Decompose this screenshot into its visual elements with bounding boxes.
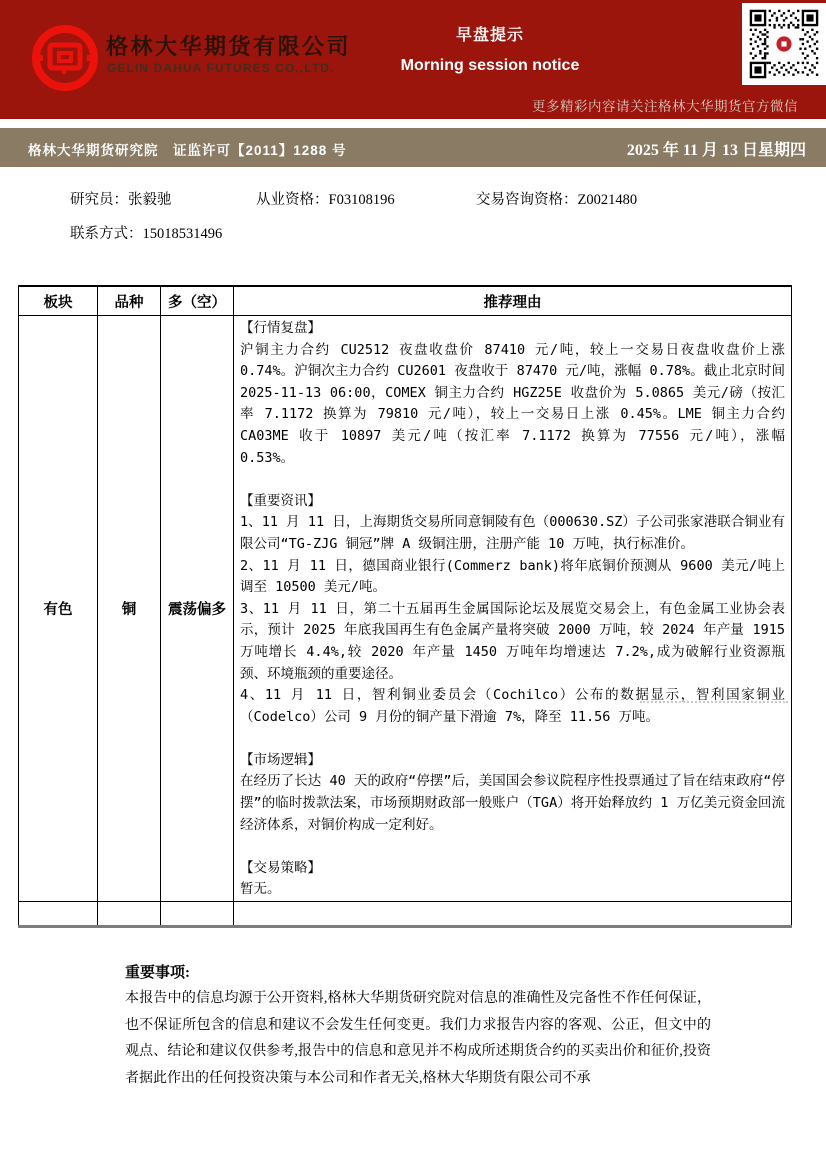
- section-title: 【重要资讯】: [240, 491, 785, 513]
- table-empty-row: [19, 902, 792, 927]
- header-sector: 板块: [19, 286, 98, 316]
- notice-title-block: 早盘提示 Morning session notice: [350, 22, 630, 75]
- header-reason: 推荐理由: [234, 286, 792, 316]
- notice-title-cn: 早盘提示: [350, 22, 630, 45]
- recommendation-content: 【行情复盘】沪铜主力合约 CU2512 夜盘收盘价 87410 元/吨，较上一交…: [234, 316, 792, 902]
- institute-license: 格林大华期货研究院 证监许可【2011】1288 号: [28, 139, 347, 159]
- section-paragraph: 4、11 月 11 日，智利铜业委员会（Cochilco）公布的数据显示，智利国…: [240, 685, 785, 728]
- header-variety: 品种: [98, 286, 161, 316]
- section-paragraph: 2、11 月 11 日，德国商业银行(Commerz bank)将年底铜价预测从…: [240, 556, 785, 599]
- table-header-row: 板块 品种 多（空） 推荐理由: [19, 286, 792, 316]
- company-name-cn: 格林大华期货有限公司: [106, 30, 351, 61]
- section-paragraph: 1、11 月 11 日，上海期货交易所同意铜陵有色（000630.SZ）子公司张…: [240, 512, 785, 555]
- cell-sector: 有色: [19, 316, 98, 902]
- section-paragraph: 暂无。: [240, 879, 785, 901]
- cell-position: 震荡偏多: [161, 316, 234, 902]
- section-title: 【行情复盘】: [240, 318, 785, 340]
- section-paragraph: 沪铜主力合约 CU2512 夜盘收盘价 87410 元/吨，较上一交易日夜盘收盘…: [240, 340, 785, 470]
- wechat-follow-note: 更多精彩内容请关注格林大华期货官方微信: [532, 95, 798, 115]
- institute-bar: 格林大华期货研究院 证监许可【2011】1288 号 2025 年 11 月 1…: [0, 128, 826, 167]
- wechat-qr-code: [742, 3, 826, 85]
- table-row: 有色 铜 震荡偏多 【行情复盘】沪铜主力合约 CU2512 夜盘收盘价 8741…: [19, 316, 792, 902]
- notice-title-en: Morning session notice: [350, 57, 630, 75]
- section-paragraph: 3、11 月 11 日，第二十五届再生金属国际论坛及展览交易会上，有色金属工业协…: [240, 599, 785, 685]
- researcher-name: 研究员：张毅驰: [70, 188, 172, 209]
- qr-pattern-icon: [745, 5, 823, 83]
- company-logo-icon: [26, 19, 104, 97]
- disclaimer-body: 本报告中的信息均源于公开资料,格林大华期货研究院对信息的准确性及完备性不作任何保…: [125, 986, 711, 1092]
- document-page: 格林大华期货有限公司 GELIN DAHUA FUTURES CO.,LTD. …: [0, 0, 826, 1169]
- header-position: 多（空）: [161, 286, 234, 316]
- report-date: 2025 年 11 月 13 日星期四: [627, 137, 806, 160]
- researcher-advisory-qualification: 交易咨询资格：Z0021480: [476, 188, 637, 209]
- section-paragraph: 在经历了长达 40 天的政府“停摆”后，美国国会参议院程序性投票通过了旨在结束政…: [240, 771, 785, 836]
- researcher-qualification: 从业资格：F03108196: [256, 188, 395, 209]
- researcher-contact: 联系方式：15018531496: [70, 222, 222, 243]
- cell-variety: 铜: [98, 316, 161, 902]
- header-banner: 格林大华期货有限公司 GELIN DAHUA FUTURES CO.,LTD. …: [0, 0, 826, 119]
- recommendation-table: 板块 品种 多（空） 推荐理由 有色 铜 震荡偏多 【行情复盘】沪铜主力合约 C…: [18, 285, 792, 928]
- section-title: 【市场逻辑】: [240, 750, 785, 772]
- section-title: 【交易策略】: [240, 858, 785, 880]
- revision-dotted-underline: [640, 701, 788, 703]
- disclaimer-title: 重要事项:: [125, 960, 711, 986]
- company-name-en: GELIN DAHUA FUTURES CO.,LTD.: [107, 61, 334, 75]
- disclaimer-block: 重要事项: 本报告中的信息均源于公开资料,格林大华期货研究院对信息的准确性及完备…: [125, 960, 711, 1092]
